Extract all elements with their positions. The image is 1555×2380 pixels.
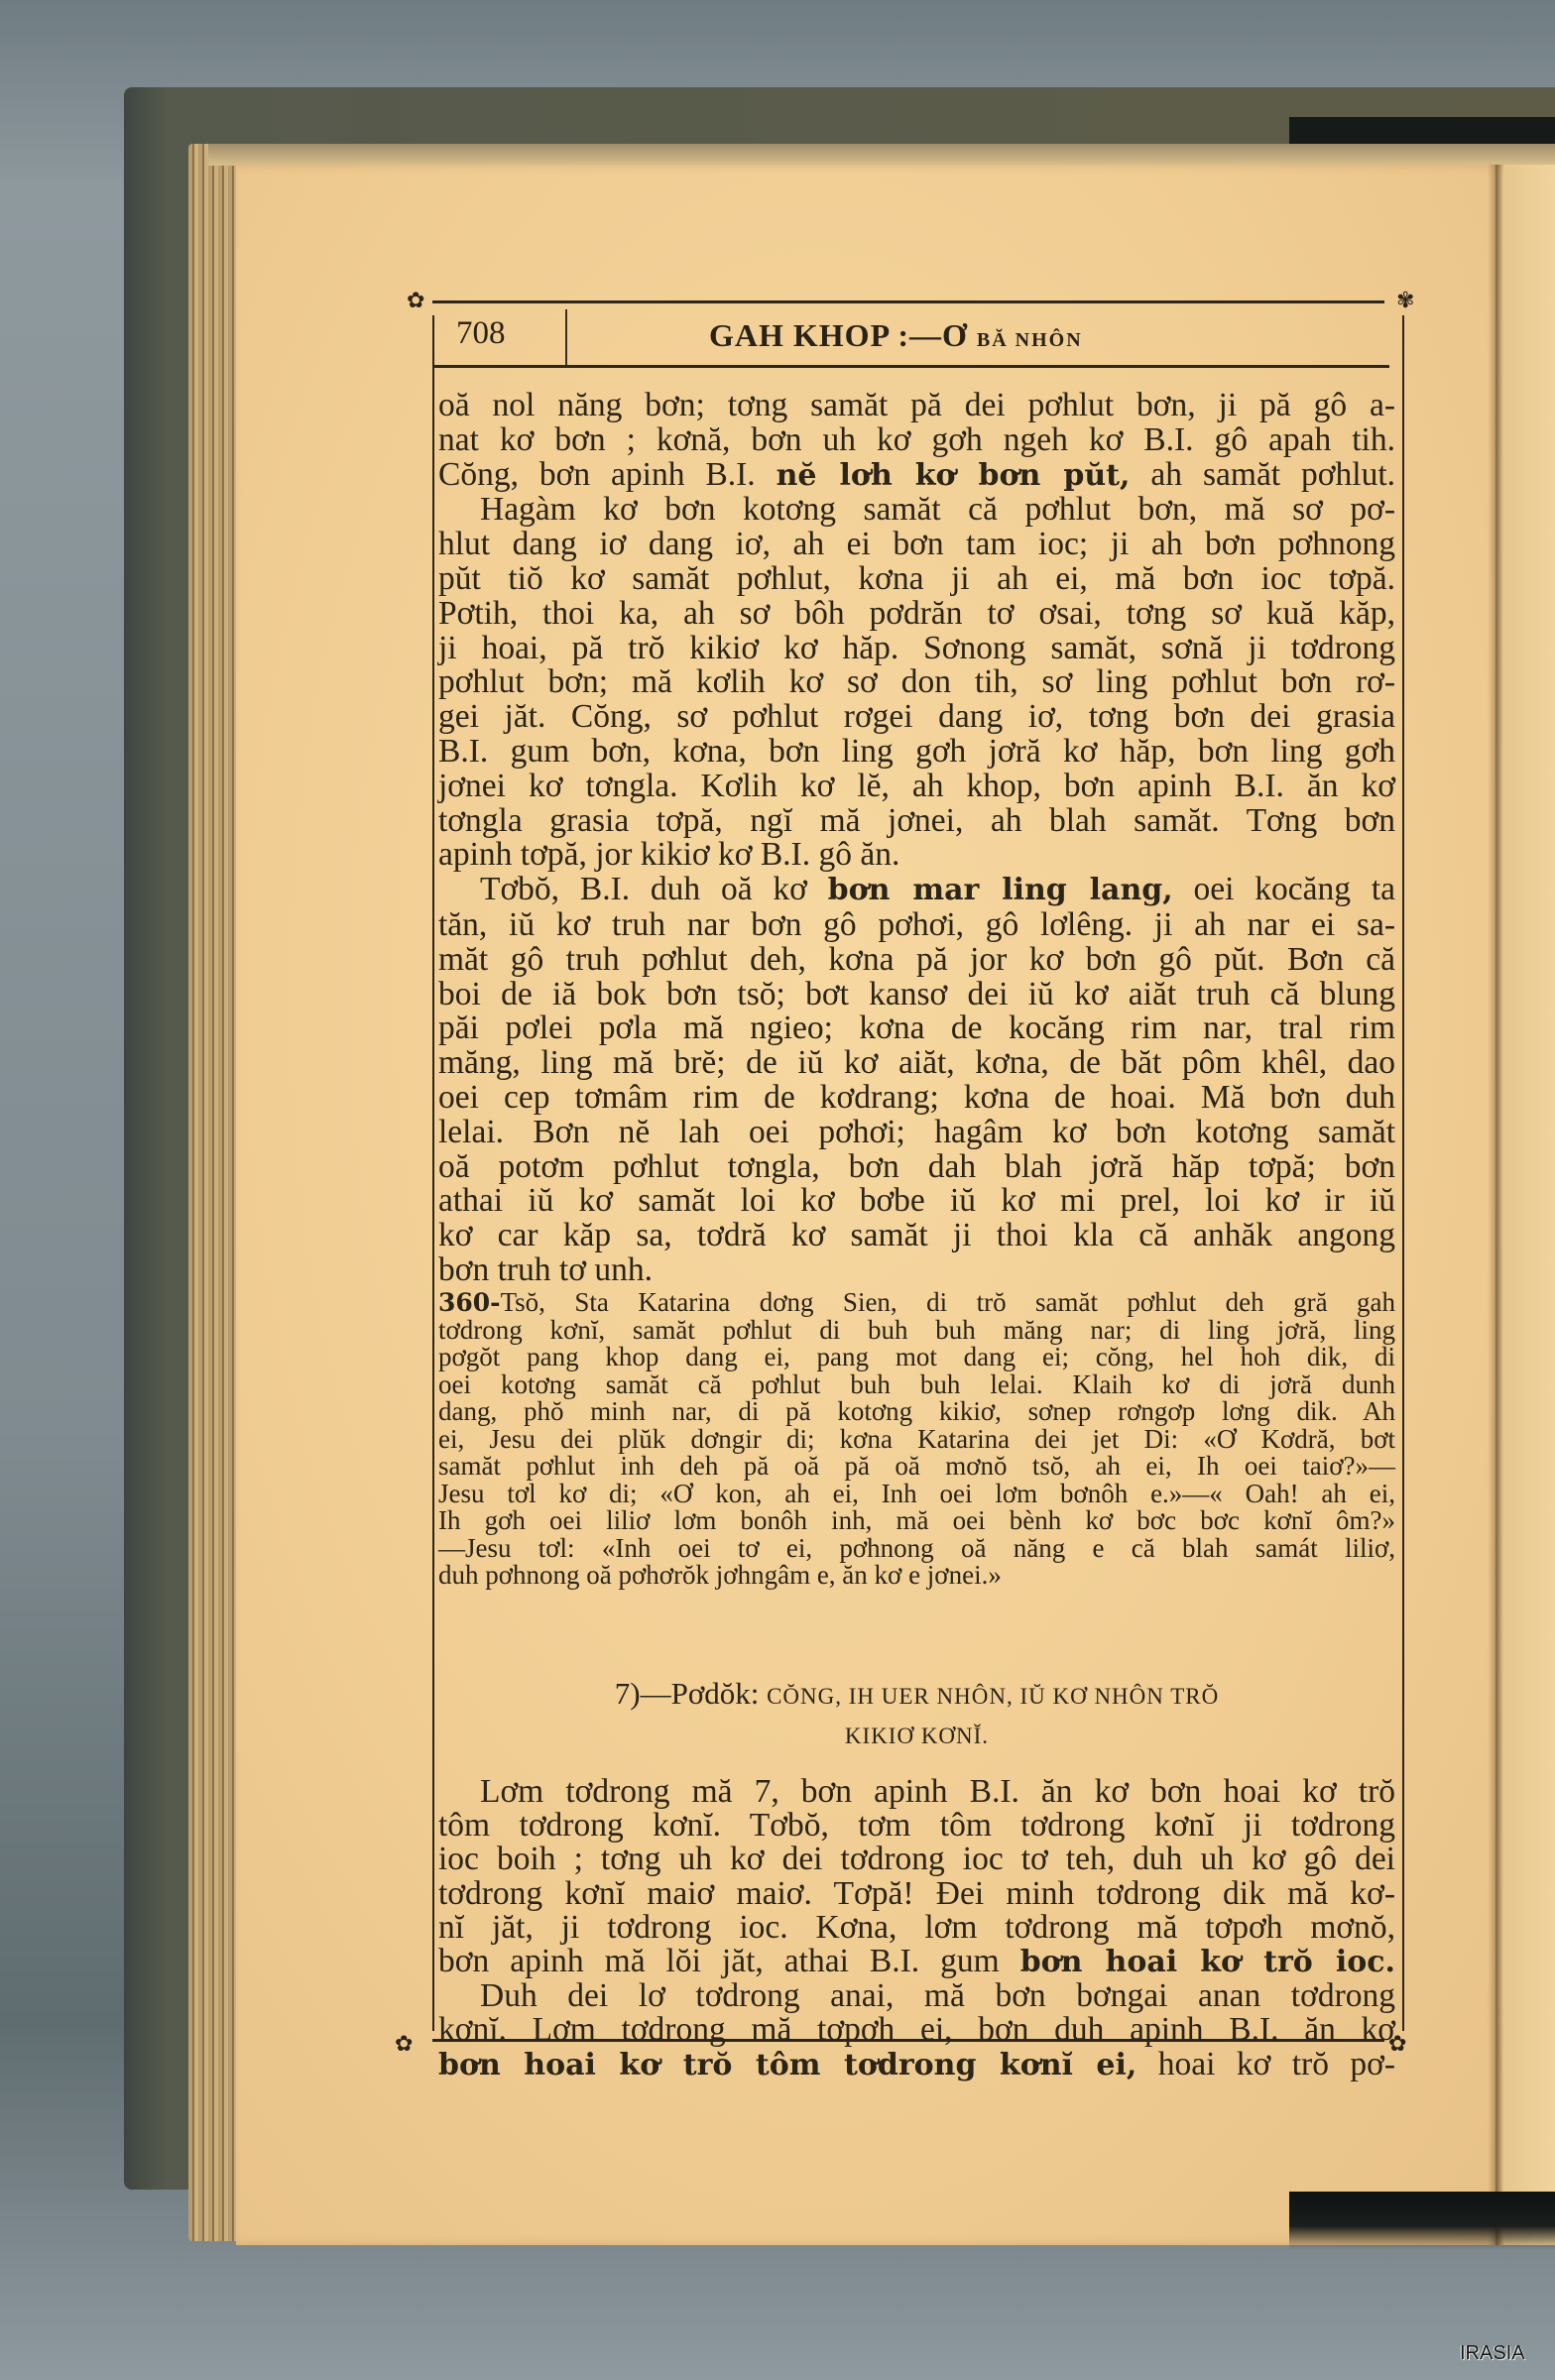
text-line: tơdrong kơnĭ maiơ maiơ. Tơpă! Đei minh t… — [438, 1877, 1395, 1911]
text-span: hoai kơ trŏ pơ- — [1136, 2046, 1395, 2082]
text-line: gei jăt. Cŏng, sơ pơhlut rơgei dang iơ, … — [438, 700, 1395, 735]
example-note-360: 360-Tsŏ, Sta Katarina dơng Sien, di trŏ … — [438, 1289, 1395, 1590]
right-frame-rule — [1402, 315, 1404, 2031]
text-line: tơdrong kơnĭ, samăt pơhlut di buh buh mă… — [438, 1317, 1395, 1345]
text-span: ah samăt pơhlut. — [1150, 456, 1395, 493]
running-header: 708 GAH KHOP :—Ơ BĂ NHÔN — [417, 315, 1398, 365]
text-line: Duh dei lơ tơdrong anai, mă bơn bơngai a… — [438, 1979, 1395, 2013]
note-number: 360- — [438, 1288, 501, 1317]
text-line: oei kotơng samăt că pơhlut buh buh lelai… — [438, 1371, 1395, 1399]
bold-phrase: nĕ lơh kơ bơn pŭt, — [777, 458, 1131, 493]
text-line: pơgŏt pang khop dang ei, pang mot dang e… — [438, 1344, 1395, 1371]
text-line: kơ car kăp sa, tơdră kơ samăt ji thoi kl… — [438, 1219, 1395, 1253]
paragraph-4: Lơm tơdrong mă 7, bơn apinh B.I. ăn kơ b… — [438, 1775, 1395, 1979]
flower-ornament-icon: ✿ — [395, 2033, 413, 2055]
facing-page-edge — [1503, 165, 1555, 2245]
header-separator — [565, 309, 567, 365]
text-line: măng, ling mă brĕ; de iŭ kơ aiăt, kơna, … — [438, 1046, 1395, 1081]
text-line: jơnei kơ tơngla. Kơlih kơ lĕ, ah khop, b… — [438, 770, 1395, 804]
left-frame-rule — [432, 315, 434, 2031]
text-line: Lơm tơdrong mă 7, bơn apinh B.I. ăn kơ b… — [438, 1775, 1395, 1809]
text-line: Hagàm kơ bơn kotơng samăt că pơhlut bơn,… — [438, 493, 1395, 528]
bold-phrase: bơn hoai kơ trŏ ioc. — [1020, 1945, 1395, 1979]
flower-ornament-icon: ✾ — [1396, 290, 1414, 311]
bold-phrase: bơn mar ling lang, — [828, 873, 1173, 907]
text-line: bơn apinh mă lŏi jăt, athai B.I. gum bơn… — [438, 1945, 1395, 1979]
text-line: bơn hoai kơ trŏ tôm tơdrong kơnĭ ei, hoa… — [438, 2048, 1395, 2082]
text-span: Cŏng, bơn apinh B.I. — [438, 456, 777, 493]
text-line: 360-Tsŏ, Sta Katarina dơng Sien, di trŏ … — [438, 1289, 1395, 1317]
text-line: nĭ jăt, ji tơdrong ioc. Kơna, lơm tơdron… — [438, 1911, 1395, 1945]
body-text-section-7: Lơm tơdrong mă 7, bơn apinh B.I. ăn kơ b… — [438, 1775, 1395, 2082]
text-line: Ih gơh oei liliơ lơm bonôh inh, mă oei b… — [438, 1507, 1395, 1535]
section-heading-line-1: 7)—Pơdŏk: CŎNG, IH UER NHÔN, IŬ KƠ NHÔN … — [438, 1674, 1395, 1717]
text-line: oă nol năng bơn; tơng samăt pă dei pơhlu… — [438, 389, 1395, 423]
text-span: Tsŏ, Sta Katarina dơng Sien, di trŏ samă… — [501, 1287, 1395, 1317]
flower-ornament-icon: ✿ — [407, 290, 424, 311]
section-heading-line-2: KIKIƠ KƠNĬ. — [438, 1717, 1395, 1756]
paragraph-1: oă nol năng bơn; tơng samăt pă dei pơhlu… — [438, 389, 1395, 493]
bold-phrase: bơn hoai kơ trŏ tôm tơdrong kơnĭ ei, — [438, 2048, 1136, 2082]
running-title-main: GAH KHOP :—Ơ — [709, 317, 968, 353]
text-line: —Jesu tơl: «Inh oei tơ ei, pơhnong oă nă… — [438, 1535, 1395, 1563]
text-line: Pơtih, thoi ka, ah sơ bôh pơdrăn tơ ơsai… — [438, 597, 1395, 632]
text-line: Cŏng, bơn apinh B.I. nĕ lơh kơ bơn pŭt, … — [438, 458, 1395, 494]
running-title: GAH KHOP :—Ơ BĂ NHÔN — [709, 317, 1083, 354]
text-line: ioc boih ; tơng uh kơ dei tơdrong ioc tơ… — [438, 1843, 1395, 1876]
text-line: hlut dang iơ dang iơ, ah ei bơn tam ioc;… — [438, 528, 1395, 562]
running-title-small: BĂ NHÔN — [977, 329, 1083, 351]
section-heading-7: 7)—Pơdŏk: CŎNG, IH UER NHÔN, IŬ KƠ NHÔN … — [438, 1674, 1395, 1756]
text-line: B.I. gum bơn, kơna, bơn ling gơh jơră kơ… — [438, 735, 1395, 770]
text-line: duh pơhnong oă pơhơrŏk jơhngâm e, ăn kơ … — [438, 1562, 1395, 1590]
text-line: ji hoai, pă trŏ kikiơ kơ hăp. Sơnong sam… — [438, 632, 1395, 666]
header-rule — [432, 365, 1389, 368]
text-line: pơhlut bơn; mă kơlih kơ sơ don tih, sơ l… — [438, 665, 1395, 700]
text-span: Tơbŏ, B.I. duh oă kơ — [480, 871, 828, 907]
top-rule — [432, 300, 1384, 303]
text-line: boi de iă bok bơn tsŏ; bơt kansơ dei iŭ … — [438, 978, 1395, 1012]
text-line: dang, phŏ minh nar, di pă kotơng kikiơ, … — [438, 1398, 1395, 1426]
body-text: oă nol năng bơn; tơng samăt pă dei pơhlu… — [438, 389, 1395, 1288]
watermark: IRASIA — [1460, 2342, 1525, 2365]
text-line: athai iŭ kơ samăt loi kơ bơbe iŭ kơ mi p… — [438, 1184, 1395, 1219]
text-line: Jesu tơl kơ di; «Ơ kon, ah ei, Inh oei l… — [438, 1481, 1395, 1508]
text-span: bơn apinh mă lŏi jăt, athai B.I. gum — [438, 1943, 1020, 1979]
text-line: lelai. Bơn nĕ lah oei pơhơi; hagâm kơ bơ… — [438, 1116, 1395, 1150]
paragraph-2: Hagàm kơ bơn kotơng samăt că pơhlut bơn,… — [438, 493, 1395, 873]
section-title-text: CŎNG, IH UER NHÔN, IŬ KƠ NHÔN TRŎ — [767, 1684, 1219, 1709]
text-line: bơn truh tơ unh. — [438, 1253, 1395, 1288]
section-prefix: 7)—Pơdŏk: — [615, 1676, 760, 1711]
text-line: Tơbŏ, B.I. duh oă kơ bơn mar ling lang, … — [438, 873, 1395, 908]
text-line: măt gô truh pơhlut deh, kơna pă jor kơ b… — [438, 943, 1395, 978]
page-number: 708 — [456, 315, 506, 352]
text-line: tăn, iŭ kơ truh nar bơn gô pơhơi, gô lơl… — [438, 908, 1395, 943]
book-gutter — [1488, 165, 1503, 2245]
text-line: oă potơm pơhlut tơngla, bơn dah blah jơr… — [438, 1150, 1395, 1185]
text-line: ei, Jesu dei plŭk dơngir di; kơna Katari… — [438, 1426, 1395, 1454]
text-line: oei cep tơmâm rim de kơdrang; kơna de ho… — [438, 1081, 1395, 1116]
text-line: pŭt tiŏ kơ samăt pơhlut, kơna ji ah ei, … — [438, 562, 1395, 597]
text-line: păi pơlei pơla mă ngieo; kơna de kocăng … — [438, 1011, 1395, 1046]
text-line: apinh tơpă, jor kikiơ kơ B.I. gô ăn. — [438, 838, 1395, 873]
text-line: kơnĭ. Lơm tơdrong mă tơpơh ei, bơn duh a… — [438, 2013, 1395, 2047]
text-line: tơngla grasia tơpă, ngĭ mă jơnei, ah bla… — [438, 804, 1395, 839]
page-top-edge — [208, 144, 1555, 166]
text-line: samăt pơhlut inh deh pă oă pă oă mơnŏ ts… — [438, 1453, 1395, 1481]
text-line: tôm tơdrong kơnĭ. Tơbŏ, tơm tôm tơdrong … — [438, 1809, 1395, 1843]
paragraph-3: Tơbŏ, B.I. duh oă kơ bơn mar ling lang, … — [438, 873, 1395, 1288]
paragraph-5: Duh dei lơ tơdrong anai, mă bơn bơngai a… — [438, 1979, 1395, 2082]
text-line: nat kơ bơn ; kơnă, bơn uh kơ gơh ngeh kơ… — [438, 423, 1395, 458]
text-span: oei kocăng ta — [1173, 871, 1395, 907]
book-cover-bottom-edge — [1289, 2192, 1555, 2249]
